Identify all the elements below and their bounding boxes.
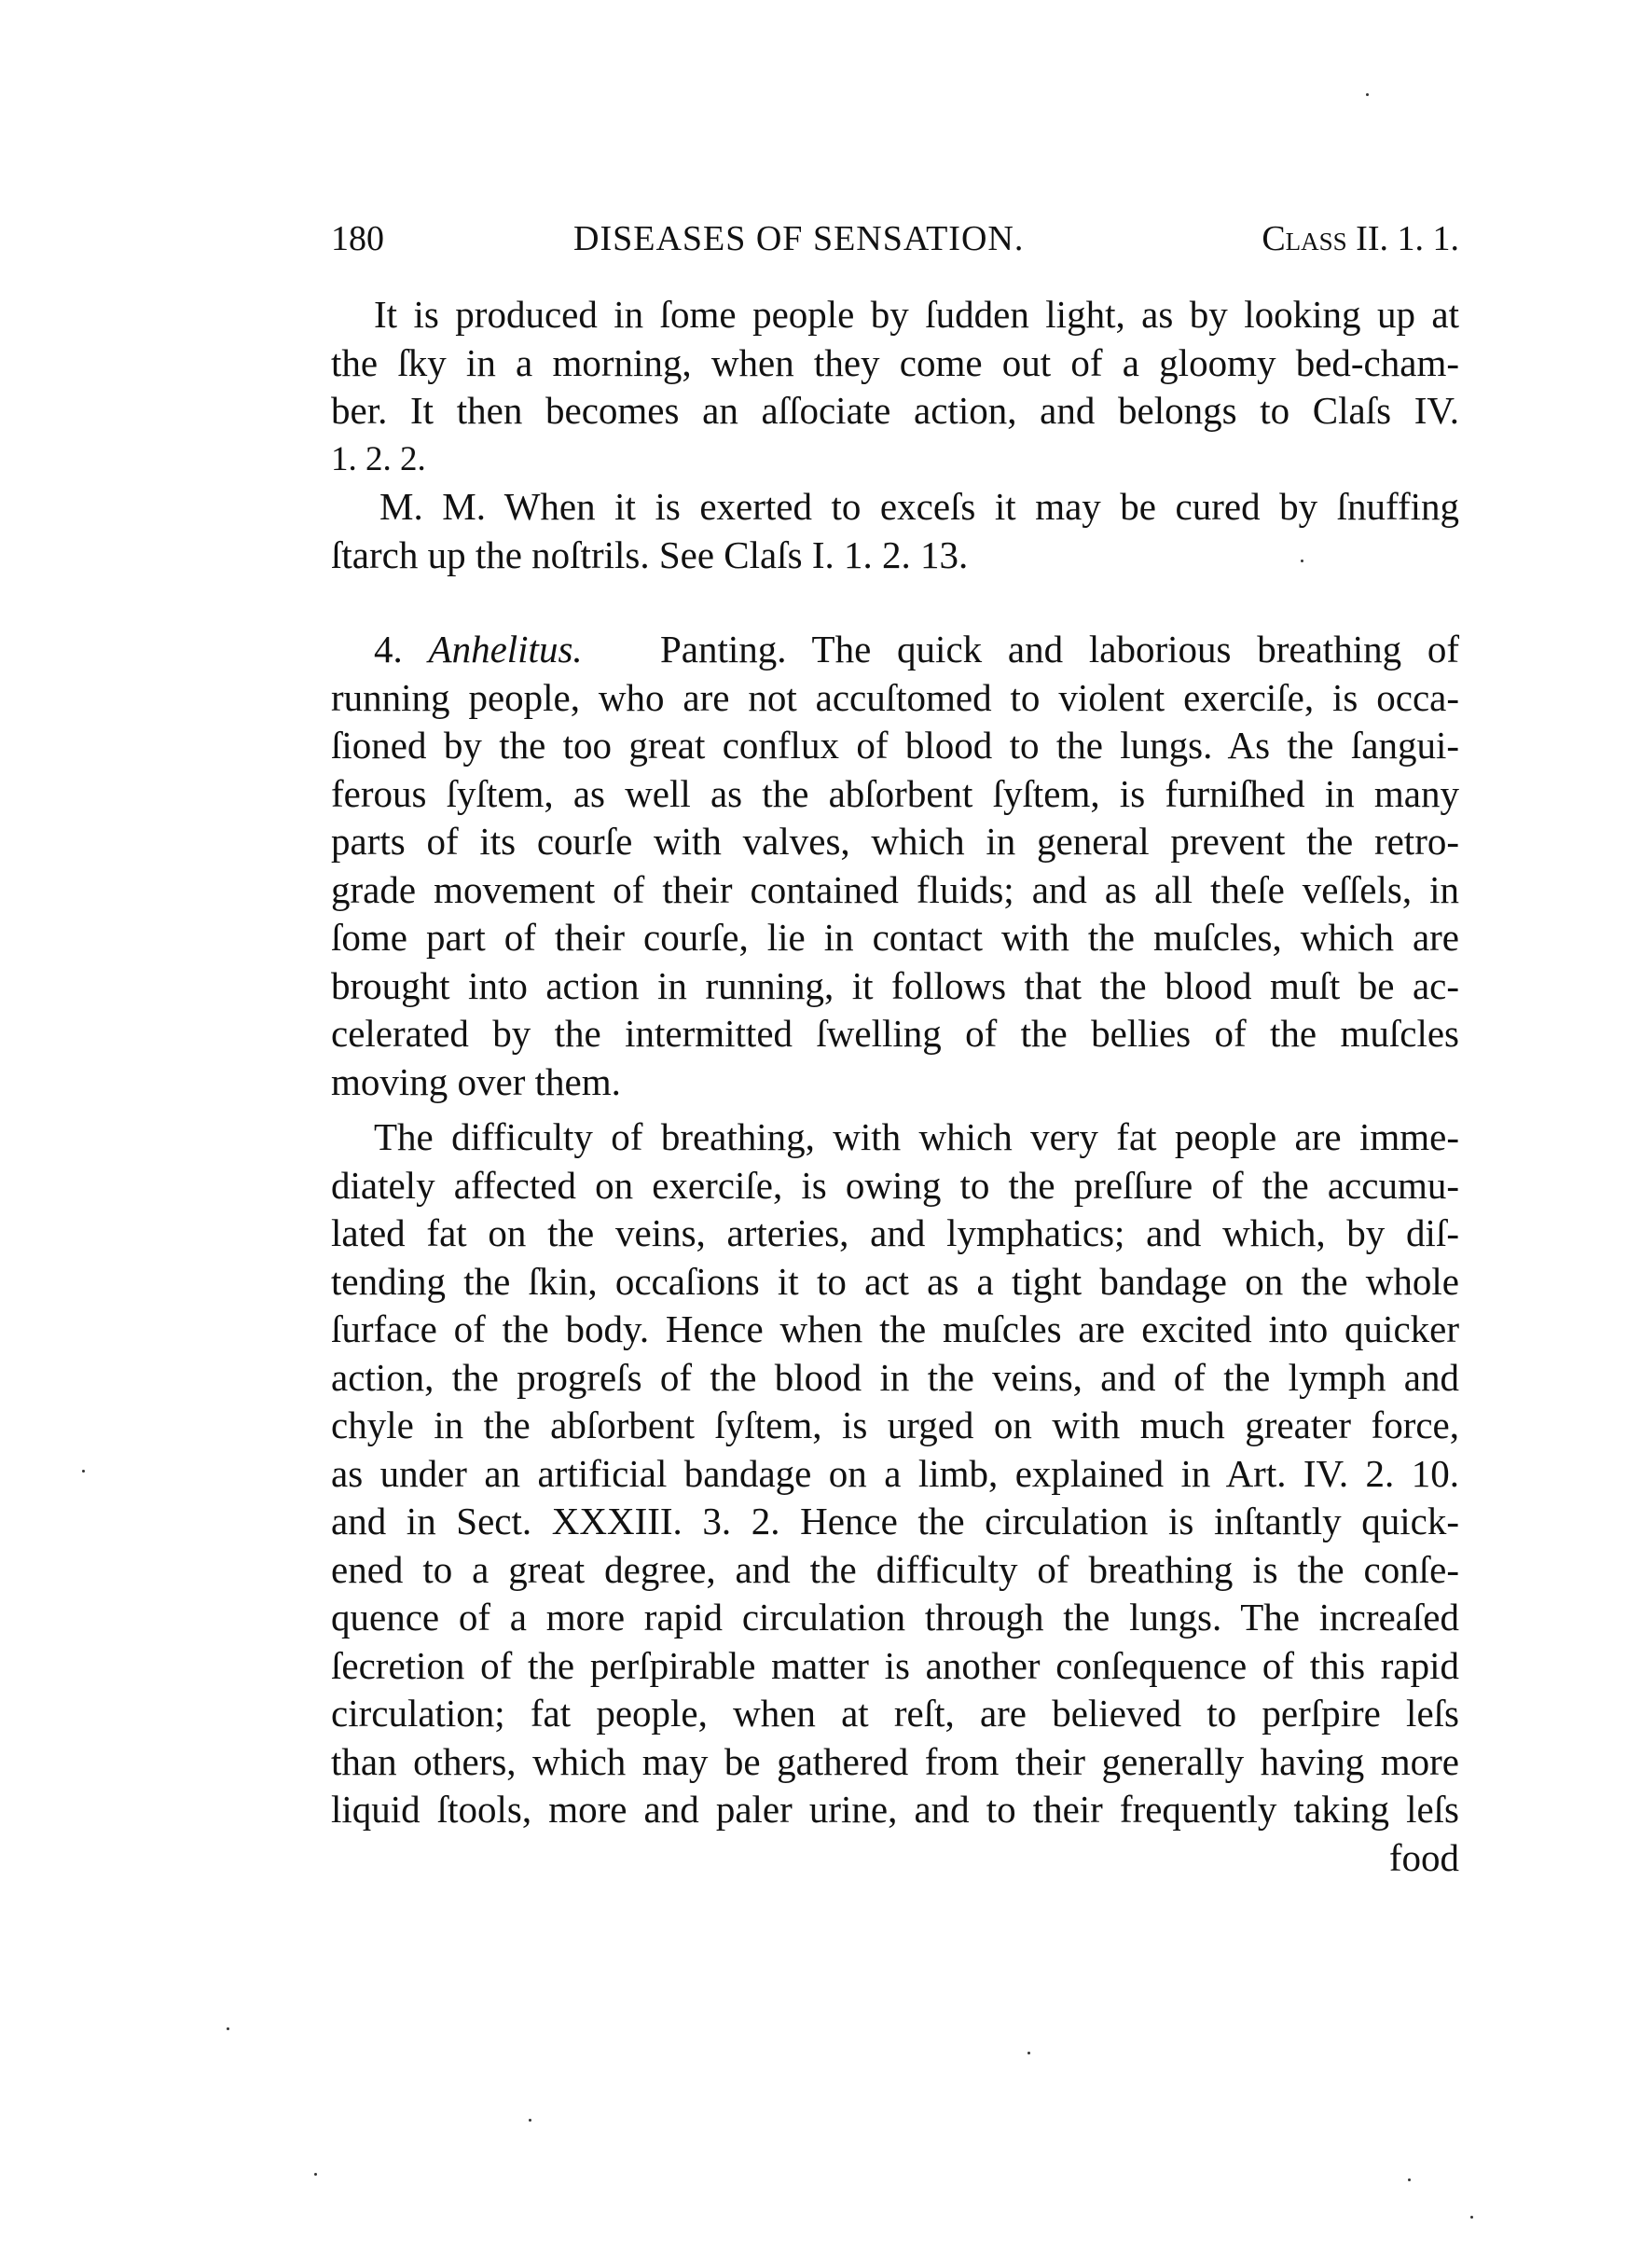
paragraph-fat-people: The difficulty of breathing, with which … (331, 1113, 1459, 1834)
book-page: 180 DISEASES OF SENSATION. Class II. 1. … (0, 0, 1641, 2268)
section-first-line: Panting. The quick and laborious breathi… (660, 628, 1459, 671)
text-line: celerated by the intermitted ſwelling of… (331, 1010, 1459, 1058)
text-line: ſioned by the too great conflux of blood… (331, 722, 1459, 770)
scan-speck (314, 2173, 317, 2176)
section-number: 4. (374, 628, 403, 671)
text-line: The difficulty of breathing, with which … (331, 1113, 1459, 1162)
running-head: 180 DISEASES OF SENSATION. Class II. 1. … (331, 213, 1459, 265)
class-reference: Class II. 1. 1. (1262, 213, 1459, 265)
scan-speck (82, 1470, 85, 1473)
paragraph-anhelitus: 4. Anhelitus. Panting. The quick and lab… (331, 626, 1459, 1106)
paragraph-spacer (331, 1106, 1459, 1113)
text-line: lated fat on the veins, arteries, and ly… (331, 1210, 1459, 1258)
section-term: Anhelitus. (429, 628, 583, 671)
text-line: running people, who are not accuſtomed t… (331, 674, 1459, 723)
catchword: food (331, 1834, 1459, 1883)
scan-speck (529, 2119, 531, 2122)
text-line: tending the ſkin, occaſions it to act as… (331, 1258, 1459, 1307)
scan-speck (1366, 93, 1369, 96)
text-line: 1. 2. 2. (331, 436, 1459, 484)
text-line: the ſky in a morning, when they come out… (331, 339, 1459, 388)
text-line: and in Sect. XXXIII. 3. 2. Hence the cir… (331, 1498, 1459, 1546)
text-line: liquid ſtools, more and paler urine, and… (331, 1786, 1459, 1834)
text-line: ferous ſyſtem, as well as the abſorbent … (331, 770, 1459, 819)
text-line: ſurface of the body. Hence when the muſc… (331, 1306, 1459, 1354)
text-line: as under an artificial bandage on a limb… (331, 1450, 1459, 1499)
paragraph-produced-by-light: It is produced in ſome people by ſudden … (331, 291, 1459, 483)
body-text: It is produced in ſome people by ſudden … (331, 291, 1459, 1882)
text-line: chyle in the abſorbent ſyſtem, is urged … (331, 1402, 1459, 1450)
running-title: DISEASES OF SENSATION. (573, 213, 1024, 265)
text-line: grade movement of their contained fluids… (331, 866, 1459, 915)
text-line: parts of its courſe with valves, which i… (331, 818, 1459, 866)
paragraph-mm-remedy: M. M. When it is exerted to exceſs it ma… (331, 483, 1459, 579)
scan-speck (1470, 2216, 1473, 2219)
text-line: ber. It then becomes an aſſociate action… (331, 387, 1459, 436)
text-line: brought into action in running, it follo… (331, 962, 1459, 1011)
text-line: moving over them. (331, 1058, 1459, 1107)
scan-speck (227, 2027, 229, 2030)
scan-speck (1027, 2052, 1030, 2054)
text-line: M. M. When it is exerted to exceſs it ma… (331, 483, 1459, 532)
text-line: diately affected on exerciſe, is owing t… (331, 1162, 1459, 1210)
text-line: It is produced in ſome people by ſudden … (331, 291, 1459, 339)
text-line: action, the progreſs of the blood in the… (331, 1354, 1459, 1403)
text-line: circulation; fat people, when at reſt, a… (331, 1690, 1459, 1738)
text-line: ſecretion of the perſpirable matter is a… (331, 1642, 1459, 1691)
section-spacer (331, 579, 1459, 626)
section-heading-line: 4. Anhelitus. Panting. The quick and lab… (331, 626, 1459, 674)
text-line: than others, which may be gathered from … (331, 1738, 1459, 1787)
text-line: ſome part of their courſe, lie in contac… (331, 914, 1459, 962)
scan-speck (1301, 560, 1303, 562)
page-number: 180 (331, 213, 384, 265)
scan-speck (1408, 2178, 1411, 2181)
text-line: ſtarch up the noſtrils. See Claſs I. 1. … (331, 532, 1459, 580)
text-line: ened to a great degree, and the difficul… (331, 1546, 1459, 1595)
text-line: quence of a more rapid circulation throu… (331, 1594, 1459, 1642)
